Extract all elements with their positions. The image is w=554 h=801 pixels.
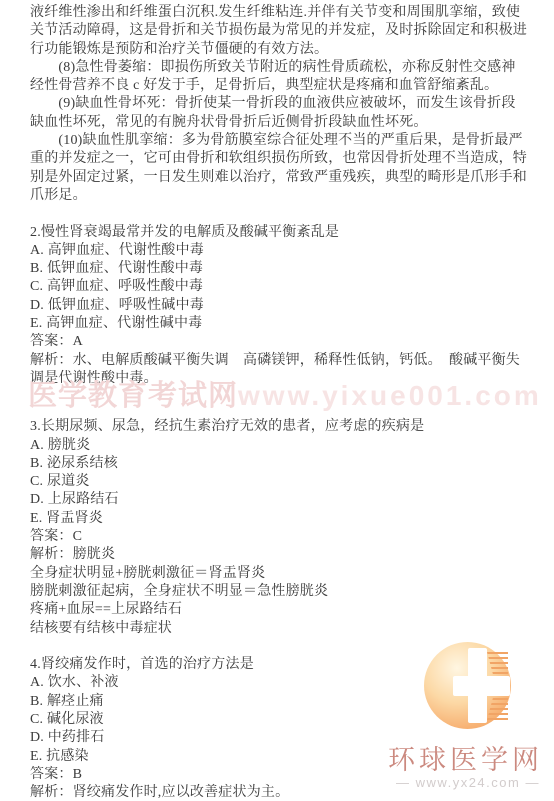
text-line: 调是代谢性酸中毒。	[30, 370, 550, 388]
text-line: 缺血性坏死，常见的有腕舟状骨骨折后近侧骨折段缺血性坏死。	[30, 114, 550, 132]
text-line: 答案：C	[30, 528, 550, 546]
text-line: 疼痛+血尿==上尿路结石	[30, 601, 550, 619]
text-line: 结核要有结核中毒症状	[30, 620, 550, 638]
text-line: 别是外固定过紧，一日发生则难以治疗，常致严重残疾，典型的畸形是爪形手和	[30, 169, 550, 187]
text-line: 2.慢性肾衰竭最常并发的电解质及酸碱平衡紊乱是	[30, 224, 550, 242]
text-line: 答案：B	[30, 766, 550, 784]
text-line: D. 中药排石	[30, 729, 550, 747]
text-line: 4.肾绞痛发作时，首选的治疗方法是	[30, 656, 550, 674]
text-line: D. 低钾血症、呼吸性碱中毒	[30, 297, 550, 315]
text-line: (9)缺血性骨坏死：骨折使某一骨折段的血液供应被破坏，而发生该骨折段	[30, 95, 550, 113]
text-line: D. 上尿路结石	[30, 491, 550, 509]
text-line: C. 高钾血症、呼吸性酸中毒	[30, 278, 550, 296]
intro: 液纤维性渗出和纤维蛋白沉积.发生纤维粘连.并伴有关节变和周围肌挛缩，致使关节活动…	[30, 4, 550, 205]
question-4: 4.肾绞痛发作时，首选的治疗方法是A. 饮水、补液B. 解痉止痛C. 碱化尿液D…	[30, 656, 550, 801]
text-line: C. 碱化尿液	[30, 711, 550, 729]
text-line: 全身症状明显+膀胱刺激征＝肾盂肾炎	[30, 565, 550, 583]
text-line: 爪形足。	[30, 187, 550, 205]
text-line: E. 抗感染	[30, 748, 550, 766]
text-line: 解析：水、电解质酸碱平衡失调 高磷镁钾，稀释性低钠，钙低。 酸碱平衡失	[30, 352, 550, 370]
text-line: A. 膀胱炎	[30, 437, 550, 455]
text-line: 解析：肾绞痛发作时,应以改善症状为主。	[30, 784, 550, 801]
text-line: 经性骨营养不良 c 好发于手，足骨折后，典型症状是疼痛和血管舒缩紊乱。	[30, 77, 550, 95]
text-line: 答案：A	[30, 333, 550, 351]
question-3: 3.长期尿频、尿急，经抗生素治疗无效的患者，应考虑的疾病是A. 膀胱炎B. 泌尿…	[30, 418, 550, 638]
text-line: 3.长期尿频、尿急，经抗生素治疗无效的患者，应考虑的疾病是	[30, 418, 550, 436]
text-line: (8)急性骨萎缩：即损伤所致关节附近的病性骨质疏松，亦称反射性交感神	[30, 59, 550, 77]
text-line: 行功能锻炼是预防和治疗关节僵硬的有效方法。	[30, 41, 550, 59]
text-line: B. 解痉止痛	[30, 693, 550, 711]
text-line: 解析：膀胱炎	[30, 546, 550, 564]
text-line: E. 高钾血症、代谢性碱中毒	[30, 315, 550, 333]
text-line: B. 泌尿系结核	[30, 455, 550, 473]
question-2: 2.慢性肾衰竭最常并发的电解质及酸碱平衡紊乱是A. 高钾血症、代谢性酸中毒B. …	[30, 224, 550, 389]
text-line: A. 高钾血症、代谢性酸中毒	[30, 242, 550, 260]
text-line: E. 肾盂肾炎	[30, 510, 550, 528]
text-line: (10)缺血性肌挛缩：多为骨筋膜室综合征处理不当的严重后果，是骨折最严	[30, 132, 550, 150]
document-body: 液纤维性渗出和纤维蛋白沉积.发生纤维粘连.并伴有关节变和周围肌挛缩，致使关节活动…	[30, 4, 550, 801]
text-line: 液纤维性渗出和纤维蛋白沉积.发生纤维粘连.并伴有关节变和周围肌挛缩，致使	[30, 4, 550, 22]
text-line: 关节活动障碍，这是骨折和关节损伤最为常见的并发症，及时拆除固定和积极进	[30, 22, 550, 40]
text-line: 膀胱刺激征起病，全身症状不明显＝急性膀胱炎	[30, 583, 550, 601]
text-line: B. 低钾血症、代谢性酸中毒	[30, 260, 550, 278]
text-line: C. 尿道炎	[30, 473, 550, 491]
text-line: 重的并发症之一，它可由骨折和软组织损伤所致，也常因骨折处理不当造成，特	[30, 150, 550, 168]
text-line: A. 饮水、补液	[30, 674, 550, 692]
